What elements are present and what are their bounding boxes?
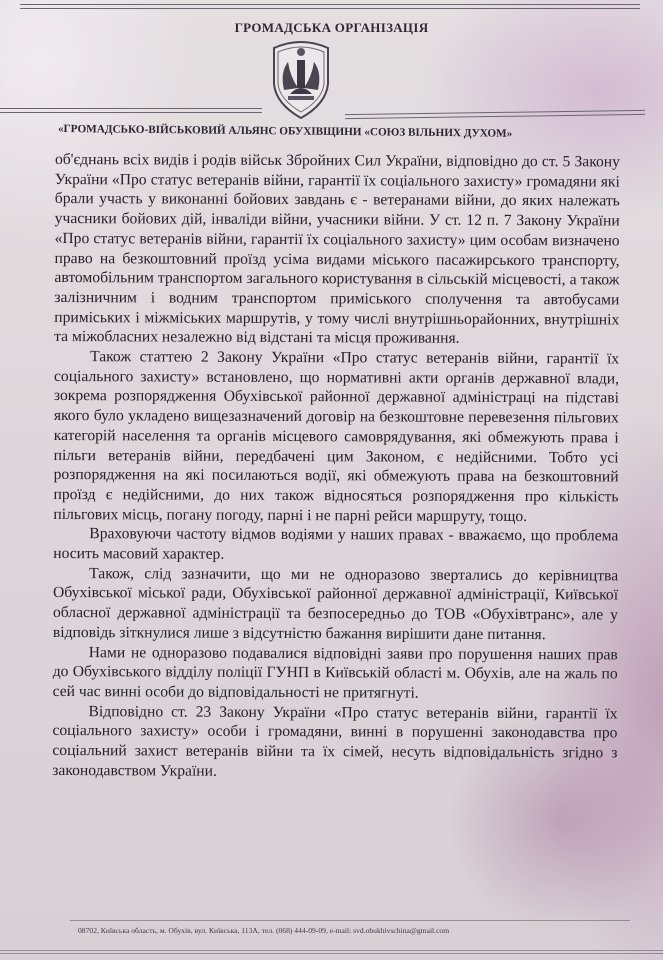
body-paragraph: об'єднань всіх видів і родів військ Збро…	[54, 150, 620, 349]
shield-emblem-icon	[270, 38, 332, 120]
body-paragraph: Також статтею 2 Закону України «Про стат…	[53, 347, 619, 527]
body-paragraph: Відповідно ст. 23 Закону України «Про ст…	[52, 702, 617, 783]
header-right-rule	[345, 110, 645, 119]
header-top-rule	[20, 4, 640, 9]
footer-top-rule	[70, 920, 630, 922]
footer-bottom-rule	[0, 950, 663, 954]
body-paragraph: Враховуючи частоту відмов водіями у наши…	[53, 524, 618, 566]
body-paragraph: Нами не одноразово подавалися відповідні…	[53, 643, 618, 705]
org-type-heading: ГРОМАДСЬКА ОРГАНІЗАЦІЯ	[0, 20, 663, 36]
scanned-letter-page: ГРОМАДСЬКА ОРГАНІЗАЦІЯ «ГРОМАДСЬКО-ВІЙСЬ…	[0, 0, 663, 960]
body-paragraph: Також, слід зазначити, що ми не одноразо…	[53, 564, 618, 645]
org-name-heading: «ГРОМАДСЬКО-ВІЙСЬКОВИЙ АЛЬЯНС ОБУХІВЩИНИ…	[58, 123, 618, 141]
letter-body: об'єднань всіх видів і родів військ Збро…	[52, 150, 620, 783]
footer-address: 08702, Київська область, м. Обухів, вул.…	[78, 926, 598, 935]
header-left-rule	[0, 108, 262, 113]
